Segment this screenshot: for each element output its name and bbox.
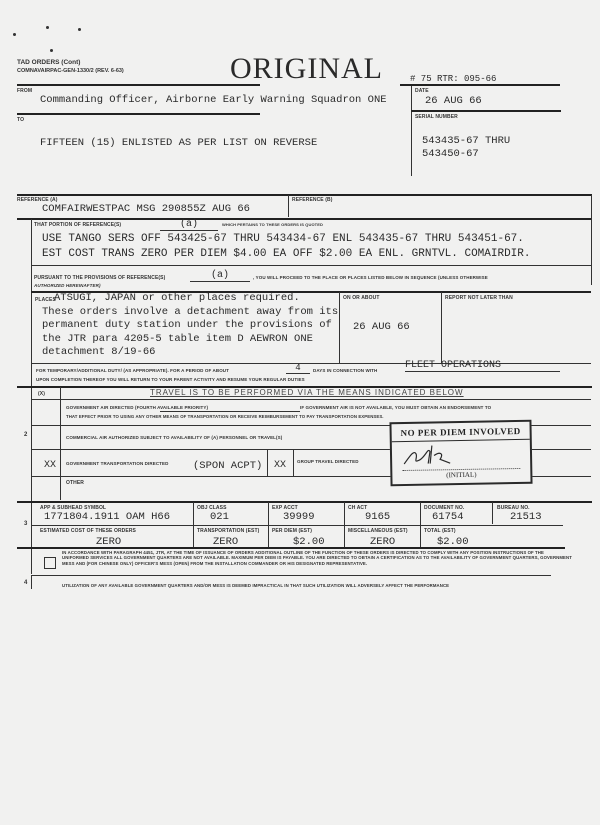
divider [339, 292, 340, 364]
bureau-no-value: 21513 [510, 511, 542, 523]
divider [411, 86, 412, 176]
divider [492, 502, 493, 524]
duty-return-text: UPON COMPLETION THEREOF YOU WILL RETURN … [36, 377, 305, 382]
scan-speck [13, 33, 16, 36]
duty-days: 4 [286, 363, 310, 374]
transportation-label: TRANSPORTATION (est) [197, 528, 259, 534]
scan-speck [46, 26, 49, 29]
divider [293, 450, 294, 476]
section-number-4: 4 [24, 580, 27, 586]
rule [17, 84, 260, 86]
commercial-air-label: COMMERCIAL AIR AUTHORIZED SUBJECT TO AVA… [66, 435, 282, 440]
serial-value-2: 543450-67 [422, 148, 479, 160]
reference-value: COMFAIRWESTPAC MSG 290855Z AUG 66 [42, 203, 250, 215]
scan-speck [78, 28, 81, 31]
app-symbol-value: 1771804.1911 OAM H66 [44, 511, 170, 523]
duty-days-suffix: DAYS IN CONNECTION WITH [313, 368, 377, 373]
serial-value-1: 543435-67 THRU [422, 135, 510, 147]
rule [17, 547, 565, 549]
quarters-footer: UTILIZATION OF ANY AVAILABLE GOVERNMENT … [62, 583, 449, 588]
other-label: OTHER [66, 480, 84, 486]
right-border [591, 195, 592, 285]
to-label: TO [17, 117, 24, 123]
portion-line-2: EST COST TRANS ZERO PER DIEM $4.00 EA OF… [42, 246, 530, 262]
total-label: TOTAL (est) [424, 528, 456, 534]
divider [60, 387, 61, 500]
portion-ref: (a) [160, 219, 218, 231]
ch-act-value: 9165 [365, 511, 390, 523]
places-text: ATSUGI, JAPAN or other places required. … [42, 292, 338, 360]
places-line: detachment 8/19-66 [42, 346, 338, 360]
travel-heading: TRAVEL IS TO BE PERFORMED VIA THE MEANS … [150, 388, 464, 397]
rule [31, 525, 563, 526]
divider [441, 292, 442, 364]
serial-label: SERIAL NUMBER [415, 114, 458, 120]
places-line: the JTR para 4205-5 table item D AEWRON … [42, 333, 338, 347]
rule [31, 575, 551, 576]
original-stamp: ORIGINAL [230, 52, 383, 86]
scan-speck [50, 49, 53, 52]
date-label: DATE [415, 88, 429, 94]
blank-line [160, 411, 300, 412]
per-diem-label: PER DIEM (est) [272, 528, 312, 534]
places-line: permanent duty station under the provisi… [42, 319, 338, 333]
on-or-about-label: ON OR ABOUT [343, 295, 379, 301]
rule [17, 501, 592, 503]
rule [31, 449, 391, 450]
section-number-2: 2 [24, 432, 27, 438]
est-cost-label: ESTIMATED COST OF THESE ORDERS [40, 528, 136, 534]
quarters-text: IN ACCORDANCE WITH PARAGRAPH 4451, JTR, … [62, 550, 572, 566]
section-number-3: 3 [24, 521, 27, 527]
places-line: ATSUGI, JAPAN or other places required. [42, 292, 338, 306]
no-per-diem-stamp: NO PER DIEM INVOLVED (INITIAL) [389, 420, 532, 486]
gov-air-note-2: THAT EFFECT PRIOR TO USING ANY OTHER MEA… [66, 414, 384, 419]
form-number: COMNAVAIRPAC-GEN-1330/2 (REV. 6-63) [17, 68, 124, 74]
rule [17, 218, 592, 220]
reference-b-label: REFERENCE (b) [292, 197, 332, 203]
pursuant-suffix: , YOU WILL PROCEED TO THE PLACE OR PLACE… [253, 275, 488, 280]
obj-class-value: 021 [210, 511, 229, 523]
rule [31, 399, 591, 400]
gov-transport-value: (SPON ACPT) [193, 460, 262, 472]
pursuant-label: PURSUANT TO THE PROVISIONS OF REFERENCE(… [34, 275, 165, 281]
pursuant-suffix-2: authorized hereinafter) [34, 283, 101, 288]
quarters-checkbox[interactable] [44, 557, 56, 569]
group-travel-label: GROUP TRAVEL DIRECTED [297, 459, 359, 464]
left-border [31, 219, 32, 574]
portion-suffix: WHICH PERTAINS TO THESE ORDERS IS QUOTED [222, 222, 323, 227]
rule [17, 113, 260, 115]
duty-label: FOR TEMPORARY/ADDITIONAL DUTY/ (as appro… [36, 368, 229, 373]
stamp-title: NO PER DIEM INVOLVED [392, 426, 530, 442]
gov-air-label: GOVERNMENT AIR DIRECTED (Fourth Availabl… [66, 405, 208, 410]
order-number: # 75 RTR: 095-66 [410, 74, 496, 84]
portion-line-1: USE TANGO SERS OFF 543425-67 THRU 543434… [42, 231, 524, 247]
rule [31, 265, 591, 266]
rule [411, 110, 561, 112]
date-value: 26 AUG 66 [425, 95, 482, 107]
pursuant-ref: (a) [190, 270, 250, 282]
divider [31, 575, 32, 589]
report-label: REPORT NOT LATER THAN [445, 295, 513, 301]
form-title: TAD ORDERS (Cont) [17, 59, 80, 66]
initial-label: (INITIAL) [402, 468, 520, 480]
divider [288, 195, 289, 217]
divider [267, 450, 268, 476]
to-value: FIFTEEN (15) ENLISTED AS PER LIST ON REV… [40, 137, 317, 149]
gov-transport-label: GOVERNMENT TRANSPORTATION DIRECTED [66, 461, 168, 466]
travel-col-label: (x) [38, 391, 45, 397]
misc-label: MISCELLANEOUS (est) [348, 528, 408, 534]
group-travel-mark: XX [274, 460, 286, 471]
places-line: These orders involve a detachment away f… [42, 306, 338, 320]
from-value: Commanding Officer, Airborne Early Warni… [40, 94, 387, 106]
rule [17, 194, 592, 196]
duty-purpose: FLEET OPERATIONS [405, 360, 560, 372]
initial-signature-icon [400, 441, 460, 468]
gov-transport-mark: XX [44, 460, 56, 471]
from-label: FROM [17, 88, 32, 94]
document-no-value: 61754 [432, 511, 464, 523]
on-or-about-value: 26 AUG 66 [353, 321, 410, 333]
rule [400, 84, 560, 86]
exp-acct-value: 39999 [283, 511, 315, 523]
gov-air-note: IF GOVERNMENT AIR IS NOT AVAILABLE, YOU … [300, 405, 491, 410]
portion-label: THAT PORTION OF REFERENCE(S) [34, 222, 121, 228]
